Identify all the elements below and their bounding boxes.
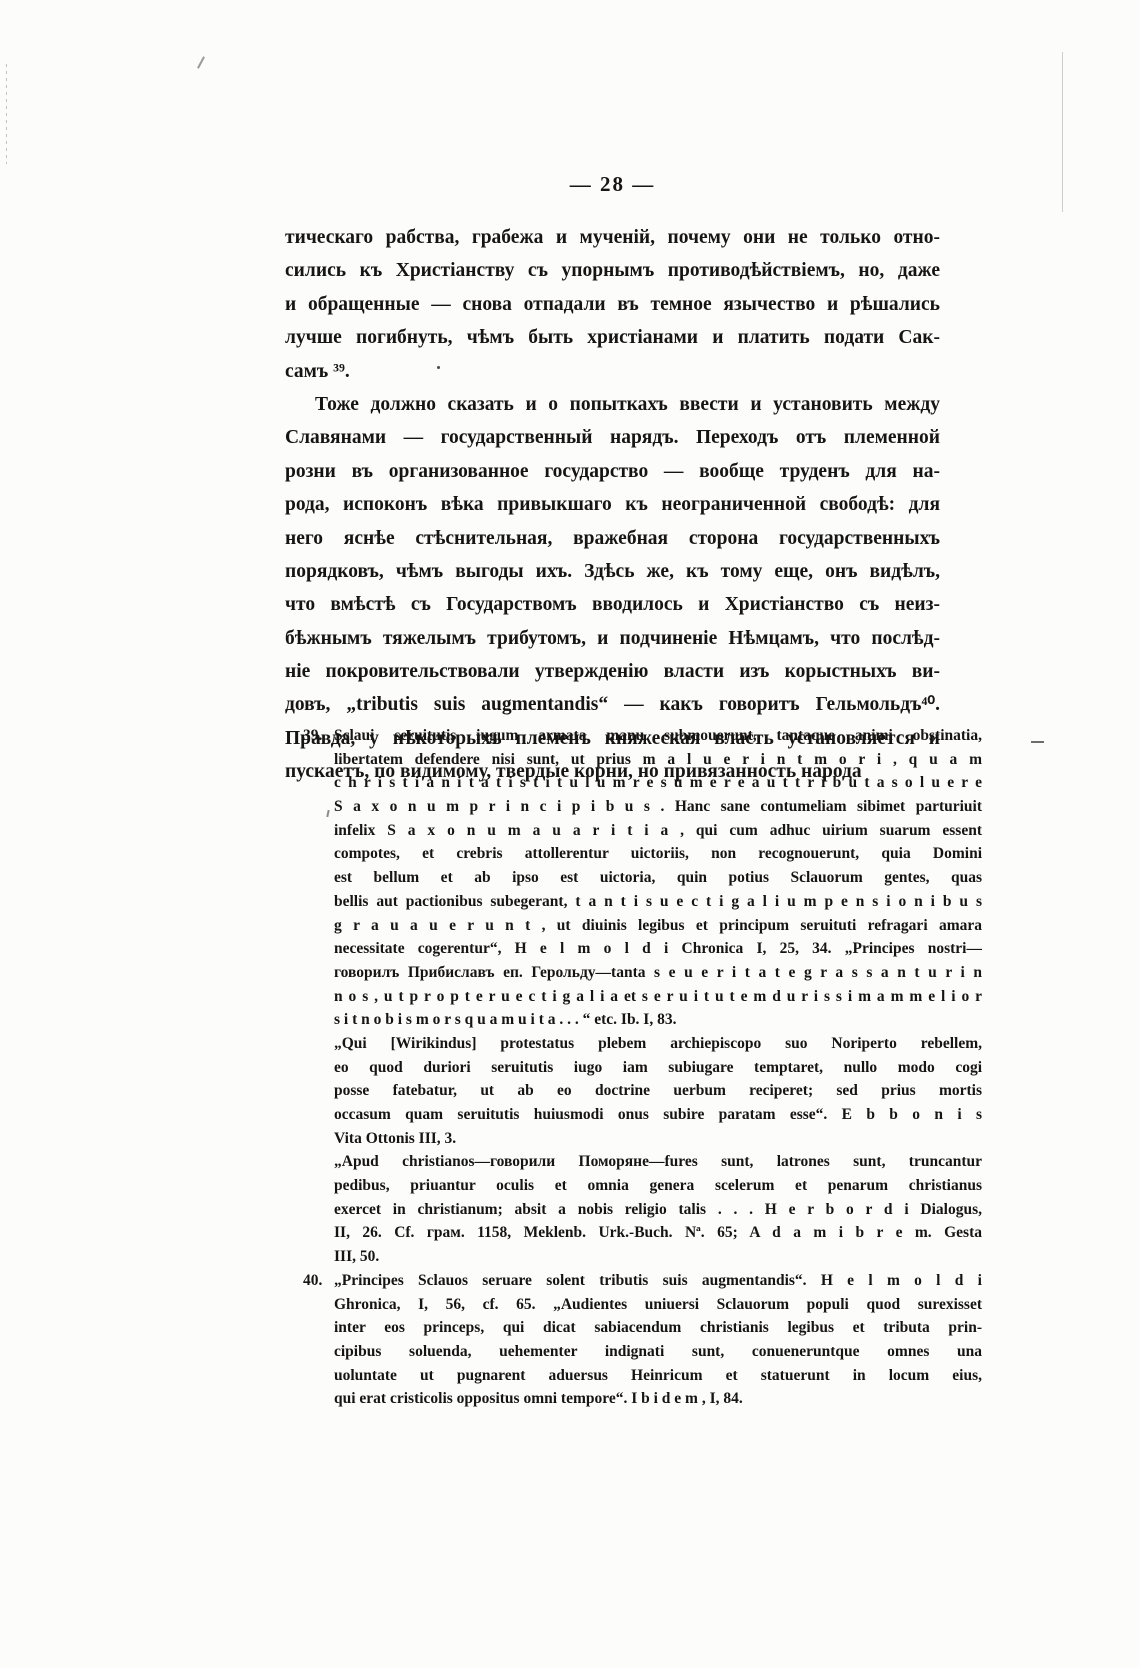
- text-line: что вмѣстѣ съ Государствомъ вводилось и …: [285, 588, 940, 621]
- text-line: est bellum et ab ipso est uictoria, quin…: [334, 866, 982, 890]
- text-line: „Apud christianos—говорили Поморяне—fure…: [334, 1150, 982, 1174]
- footnote: 40.„Principes Sclauos seruare solent tri…: [303, 1269, 982, 1411]
- text-line: s i t n o b i s m o r s q u a m u i t a …: [334, 1008, 982, 1032]
- text-line: posse fatebatur, ut ab eo doctrine uerbu…: [334, 1079, 982, 1103]
- text-line: qui erat cristicolis oppositus omni temp…: [334, 1387, 982, 1411]
- text-line: и обращенные — снова отпадали въ темное …: [285, 288, 940, 321]
- text-line: c h r i s t i a n i t a t i s t i t u l …: [334, 771, 982, 795]
- text-line: Ghronica, I, 56, cf. 65. „Audientes uniu…: [334, 1293, 982, 1317]
- footnotes-block: 39.Sclaui seruitutis iugum armata manu s…: [303, 724, 982, 1411]
- text-line: Sclaui seruitutis iugum armata manu subm…: [334, 724, 982, 748]
- footnote-number: 40.: [303, 1269, 322, 1293]
- text-line: libertatem defendere nisi sunt, ut prius…: [334, 748, 982, 772]
- text-line: infelix S a x o n u m a u a r i t i a , …: [334, 819, 982, 843]
- text-line: довъ, „tributis suis augmentandis“ — как…: [285, 688, 940, 721]
- text-line: рода, испоконъ вѣка привыкшаго къ неогра…: [285, 488, 940, 521]
- text-line: II, 26. Cf. грам. 1158, Meklenb. Urk.-Bu…: [334, 1221, 982, 1245]
- text-line: него яснѣе стѣснительная, вражебная стор…: [285, 522, 940, 555]
- text-line: necessitate cogerentur“, H e l m o l d i…: [334, 937, 982, 961]
- text-line: порядковъ, чѣмъ выгоды ихъ. Здѣсь же, къ…: [285, 555, 940, 588]
- text-line: S a x o n u m p r i n c i p i b u s . Ha…: [334, 795, 982, 819]
- scan-artifact-dotted-line: [6, 64, 7, 164]
- text-line: ніе покровительствовали утвержденію влас…: [285, 655, 940, 688]
- text-line: Славянами — государственный нарядъ. Пере…: [285, 421, 940, 454]
- text-line: n o s , u t p r o p t e r u e c t i g a …: [334, 985, 982, 1009]
- text-line: inter eos princeps, qui dicat sabiacendu…: [334, 1316, 982, 1340]
- text-line: compotes, et crebris attollerentur uicto…: [334, 842, 982, 866]
- text-line: лучше погибнуть, чѣмъ быть христіанами и…: [285, 321, 940, 354]
- text-line: uoluntate ut pugnarent aduersus Heinricu…: [334, 1364, 982, 1388]
- text-line: тическаго рабства, грабежа и мученій, по…: [285, 221, 940, 254]
- text-line: „Principes Sclauos seruare solent tribut…: [334, 1269, 982, 1293]
- text-line: розни въ организованное государство — во…: [285, 455, 940, 488]
- text-line: самъ ³⁹.: [285, 355, 940, 388]
- text-line: g r a u a u e r u n t , ut diuinis legib…: [334, 914, 982, 938]
- text-line: eo quod duriori seruitutis iugo iam subi…: [334, 1056, 982, 1080]
- footnote: 39.Sclaui seruitutis iugum armata manu s…: [303, 724, 982, 1269]
- scan-artifact-vertical-line: [1062, 52, 1063, 212]
- text-line: говорилъ Прибиславъ еп. Герольду—tanta s…: [334, 961, 982, 985]
- text-line: bellis aut pactionibus subegerant, t a n…: [334, 890, 982, 914]
- page-number: — 28 —: [285, 172, 940, 197]
- text-line: occasum quam seruitutis huiusmodi onus s…: [334, 1103, 982, 1127]
- text-line: cipibus soluenda, uehementer indignati s…: [334, 1340, 982, 1364]
- text-line: бѣжнымъ тяжелымъ трибутомъ, и подчиненіе…: [285, 622, 940, 655]
- text-line: pedibus, priuantur oculis et omnia gener…: [334, 1174, 982, 1198]
- footnote-number: 39.: [303, 724, 322, 748]
- book-page: — 28 — тическаго рабства, грабежа и муче…: [0, 0, 1140, 1668]
- scan-artifact-margin-dash: [1031, 741, 1044, 743]
- text-line: „Qui [Wirikindus] protestatus plebem arc…: [334, 1032, 982, 1056]
- text-line: сились къ Христіанству съ упорнымъ проти…: [285, 254, 940, 287]
- text-line: Vita Ottonis III, 3.: [334, 1127, 982, 1151]
- main-text-block: тическаго рабства, грабежа и мученій, по…: [285, 221, 940, 789]
- text-line: exercet in christianum; absit a nobis re…: [334, 1198, 982, 1222]
- scan-artifact-tick: [197, 56, 205, 68]
- text-line: Тоже должно сказать и о попыткахъ ввести…: [285, 388, 940, 421]
- text-line: III, 50.: [334, 1245, 982, 1269]
